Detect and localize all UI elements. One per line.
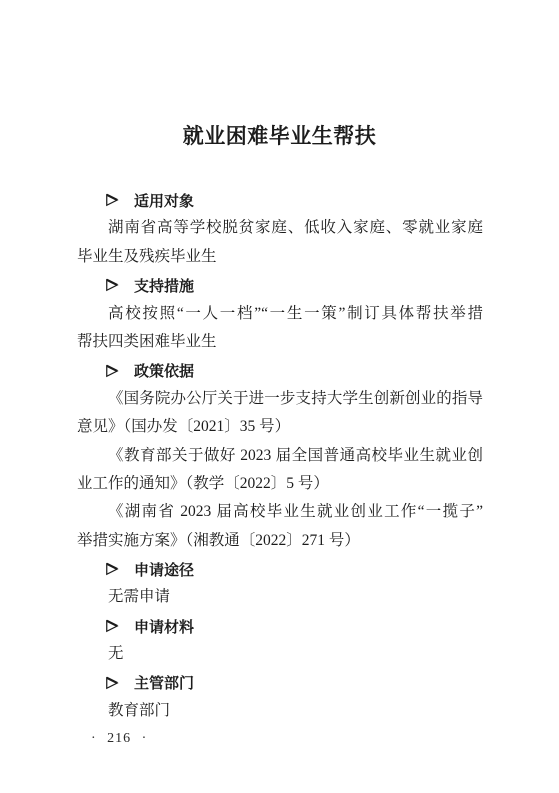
body-line: 帮扶四类困难毕业生 [77, 328, 483, 356]
arrowhead-bullet-icon [105, 562, 119, 576]
section-heading-application-channel: 申请途径 [77, 555, 483, 583]
section-heading-application-materials: 申请材料 [77, 612, 483, 640]
section-heading-applicable-targets: 适用对象 [77, 186, 483, 214]
body-line: 《湖南省 2023 届高校毕业生就业创业工作“一揽子” [77, 498, 483, 526]
arrowhead-bullet-icon [105, 676, 119, 690]
section-heading-competent-department: 主管部门 [77, 669, 483, 697]
body-line: 举措实施方案》（湘教通〔2022〕271 号） [77, 527, 483, 555]
body-line: 高校按照“一人一档”“一生一策”制订具体帮扶举措 [77, 300, 483, 328]
body-line: 湖南省高等学校脱贫家庭、低收入家庭、零就业家庭 [77, 214, 483, 242]
body-line: 业工作的通知》（教学〔2022〕5 号） [77, 470, 483, 498]
body-line: 毕业生及残疾毕业生 [77, 243, 483, 271]
body-line: 意见》（国办发〔2021〕35 号） [77, 413, 483, 441]
paragraph: 《湖南省 2023 届高校毕业生就业创业工作“一揽子” 举措实施方案》（湘教通〔… [77, 498, 483, 555]
paragraph: 无需申请 [77, 583, 483, 611]
section-heading-policy-basis: 政策依据 [77, 356, 483, 384]
section-heading-label: 支持措施 [134, 275, 194, 296]
page-title: 就业困难毕业生帮扶 [0, 0, 559, 152]
body-line: 《国务院办公厅关于进一步支持大学生创新创业的指导 [77, 385, 483, 413]
document-body: 适用对象 湖南省高等学校脱贫家庭、低收入家庭、零就业家庭 毕业生及残疾毕业生 支… [77, 186, 483, 747]
body-line: 无需申请 [77, 583, 483, 611]
arrowhead-bullet-icon [105, 364, 119, 378]
body-line: 教育部门 [77, 697, 483, 725]
section-heading-support-measures: 支持措施 [77, 271, 483, 299]
arrowhead-bullet-icon [105, 193, 119, 207]
body-line: 《教育部关于做好 2023 届全国普通高校毕业生就业创 [77, 442, 483, 470]
section-heading-label: 主管部门 [134, 672, 194, 693]
document-page: 就业困难毕业生帮扶 适用对象 湖南省高等学校脱贫家庭、低收入家庭、零就业家庭 毕… [0, 0, 559, 793]
arrowhead-bullet-icon [105, 619, 119, 633]
section-heading-label: 申请材料 [134, 616, 194, 637]
section-heading-label: 适用对象 [134, 190, 194, 211]
paragraph: 教育部门 [77, 697, 483, 725]
page-number: · 216 · [77, 731, 483, 747]
paragraph: 无 [77, 640, 483, 668]
paragraph: 湖南省高等学校脱贫家庭、低收入家庭、零就业家庭 毕业生及残疾毕业生 [77, 214, 483, 271]
arrowhead-bullet-icon [105, 278, 119, 292]
paragraph: 高校按照“一人一档”“一生一策”制订具体帮扶举措 帮扶四类困难毕业生 [77, 300, 483, 357]
section-heading-label: 申请途径 [134, 559, 194, 580]
body-line: 无 [77, 640, 483, 668]
paragraph: 《国务院办公厅关于进一步支持大学生创新创业的指导 意见》（国办发〔2021〕35… [77, 385, 483, 442]
section-heading-label: 政策依据 [134, 360, 194, 381]
paragraph: 《教育部关于做好 2023 届全国普通高校毕业生就业创 业工作的通知》（教学〔2… [77, 442, 483, 499]
